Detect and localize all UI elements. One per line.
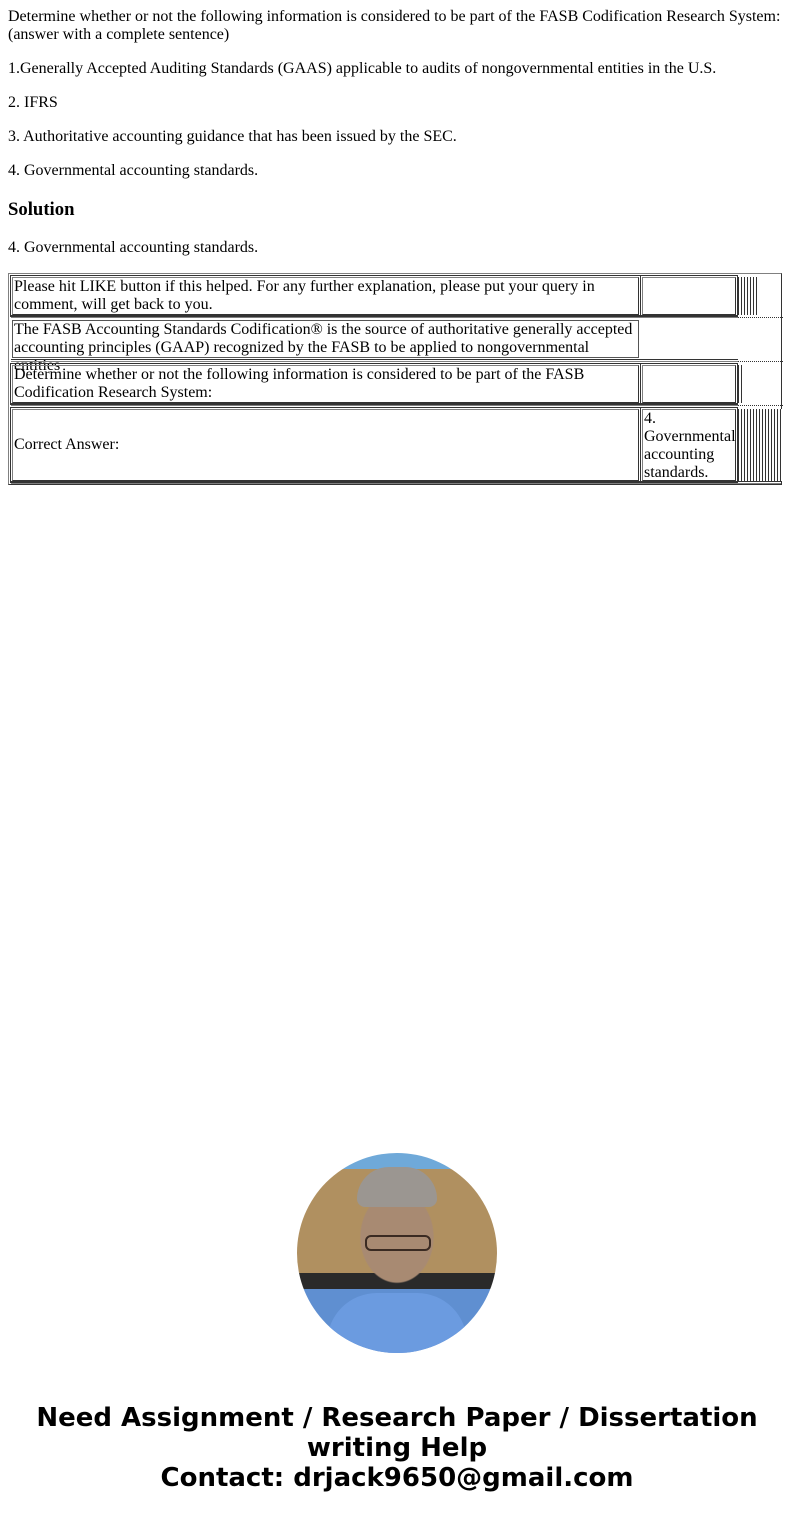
avatar-hair xyxy=(357,1167,437,1207)
solution-heading: Solution xyxy=(8,199,786,221)
table-row-2-text: The FASB Accounting Standards Codificati… xyxy=(12,320,639,358)
table-row-4-value: 4. Governmental accounting standards. xyxy=(642,409,736,481)
table-row-3-dots xyxy=(738,405,783,406)
table-row-3-divider xyxy=(738,365,744,403)
table-row-separator xyxy=(11,315,738,318)
question-item-4: 4. Governmental accounting standards. xyxy=(8,162,786,180)
avatar-shirt xyxy=(327,1293,467,1353)
promo-contact: Contact: drjack9650@gmail.com xyxy=(0,1463,794,1493)
table-row-1-dots xyxy=(738,317,783,318)
promo-line-1: Need Assignment / Research Paper / Disse… xyxy=(0,1403,794,1463)
avatar-glasses xyxy=(365,1235,431,1251)
table-row-separator xyxy=(11,403,738,406)
table-row-separator xyxy=(11,481,781,484)
correct-answer-label: Correct Answer: xyxy=(14,436,119,454)
table-row-4-divider xyxy=(738,409,783,481)
table-row-4-text: Correct Answer: xyxy=(12,409,639,481)
table-row-separator xyxy=(11,359,738,362)
table-row-1-divider xyxy=(738,277,759,315)
table-row-1-value xyxy=(642,277,736,315)
question-item-1: 1.Generally Accepted Auditing Standards … xyxy=(8,60,786,78)
author-avatar xyxy=(297,1153,497,1353)
question-item-3: 3. Authoritative accounting guidance tha… xyxy=(8,128,786,146)
question-intro: Determine whether or not the following i… xyxy=(8,8,786,44)
question-item-2: 2. IFRS xyxy=(8,94,786,112)
table-row-3-value xyxy=(642,365,736,403)
promo-banner: Need Assignment / Research Paper / Disse… xyxy=(0,1403,794,1493)
solution-answer: 4. Governmental accounting standards. xyxy=(8,239,786,257)
table-row-3-text: Determine whether or not the following i… xyxy=(12,365,639,403)
table-row-1-text: Please hit LIKE button if this helped. F… xyxy=(12,277,639,315)
solution-table: Please hit LIKE button if this helped. F… xyxy=(8,273,782,485)
